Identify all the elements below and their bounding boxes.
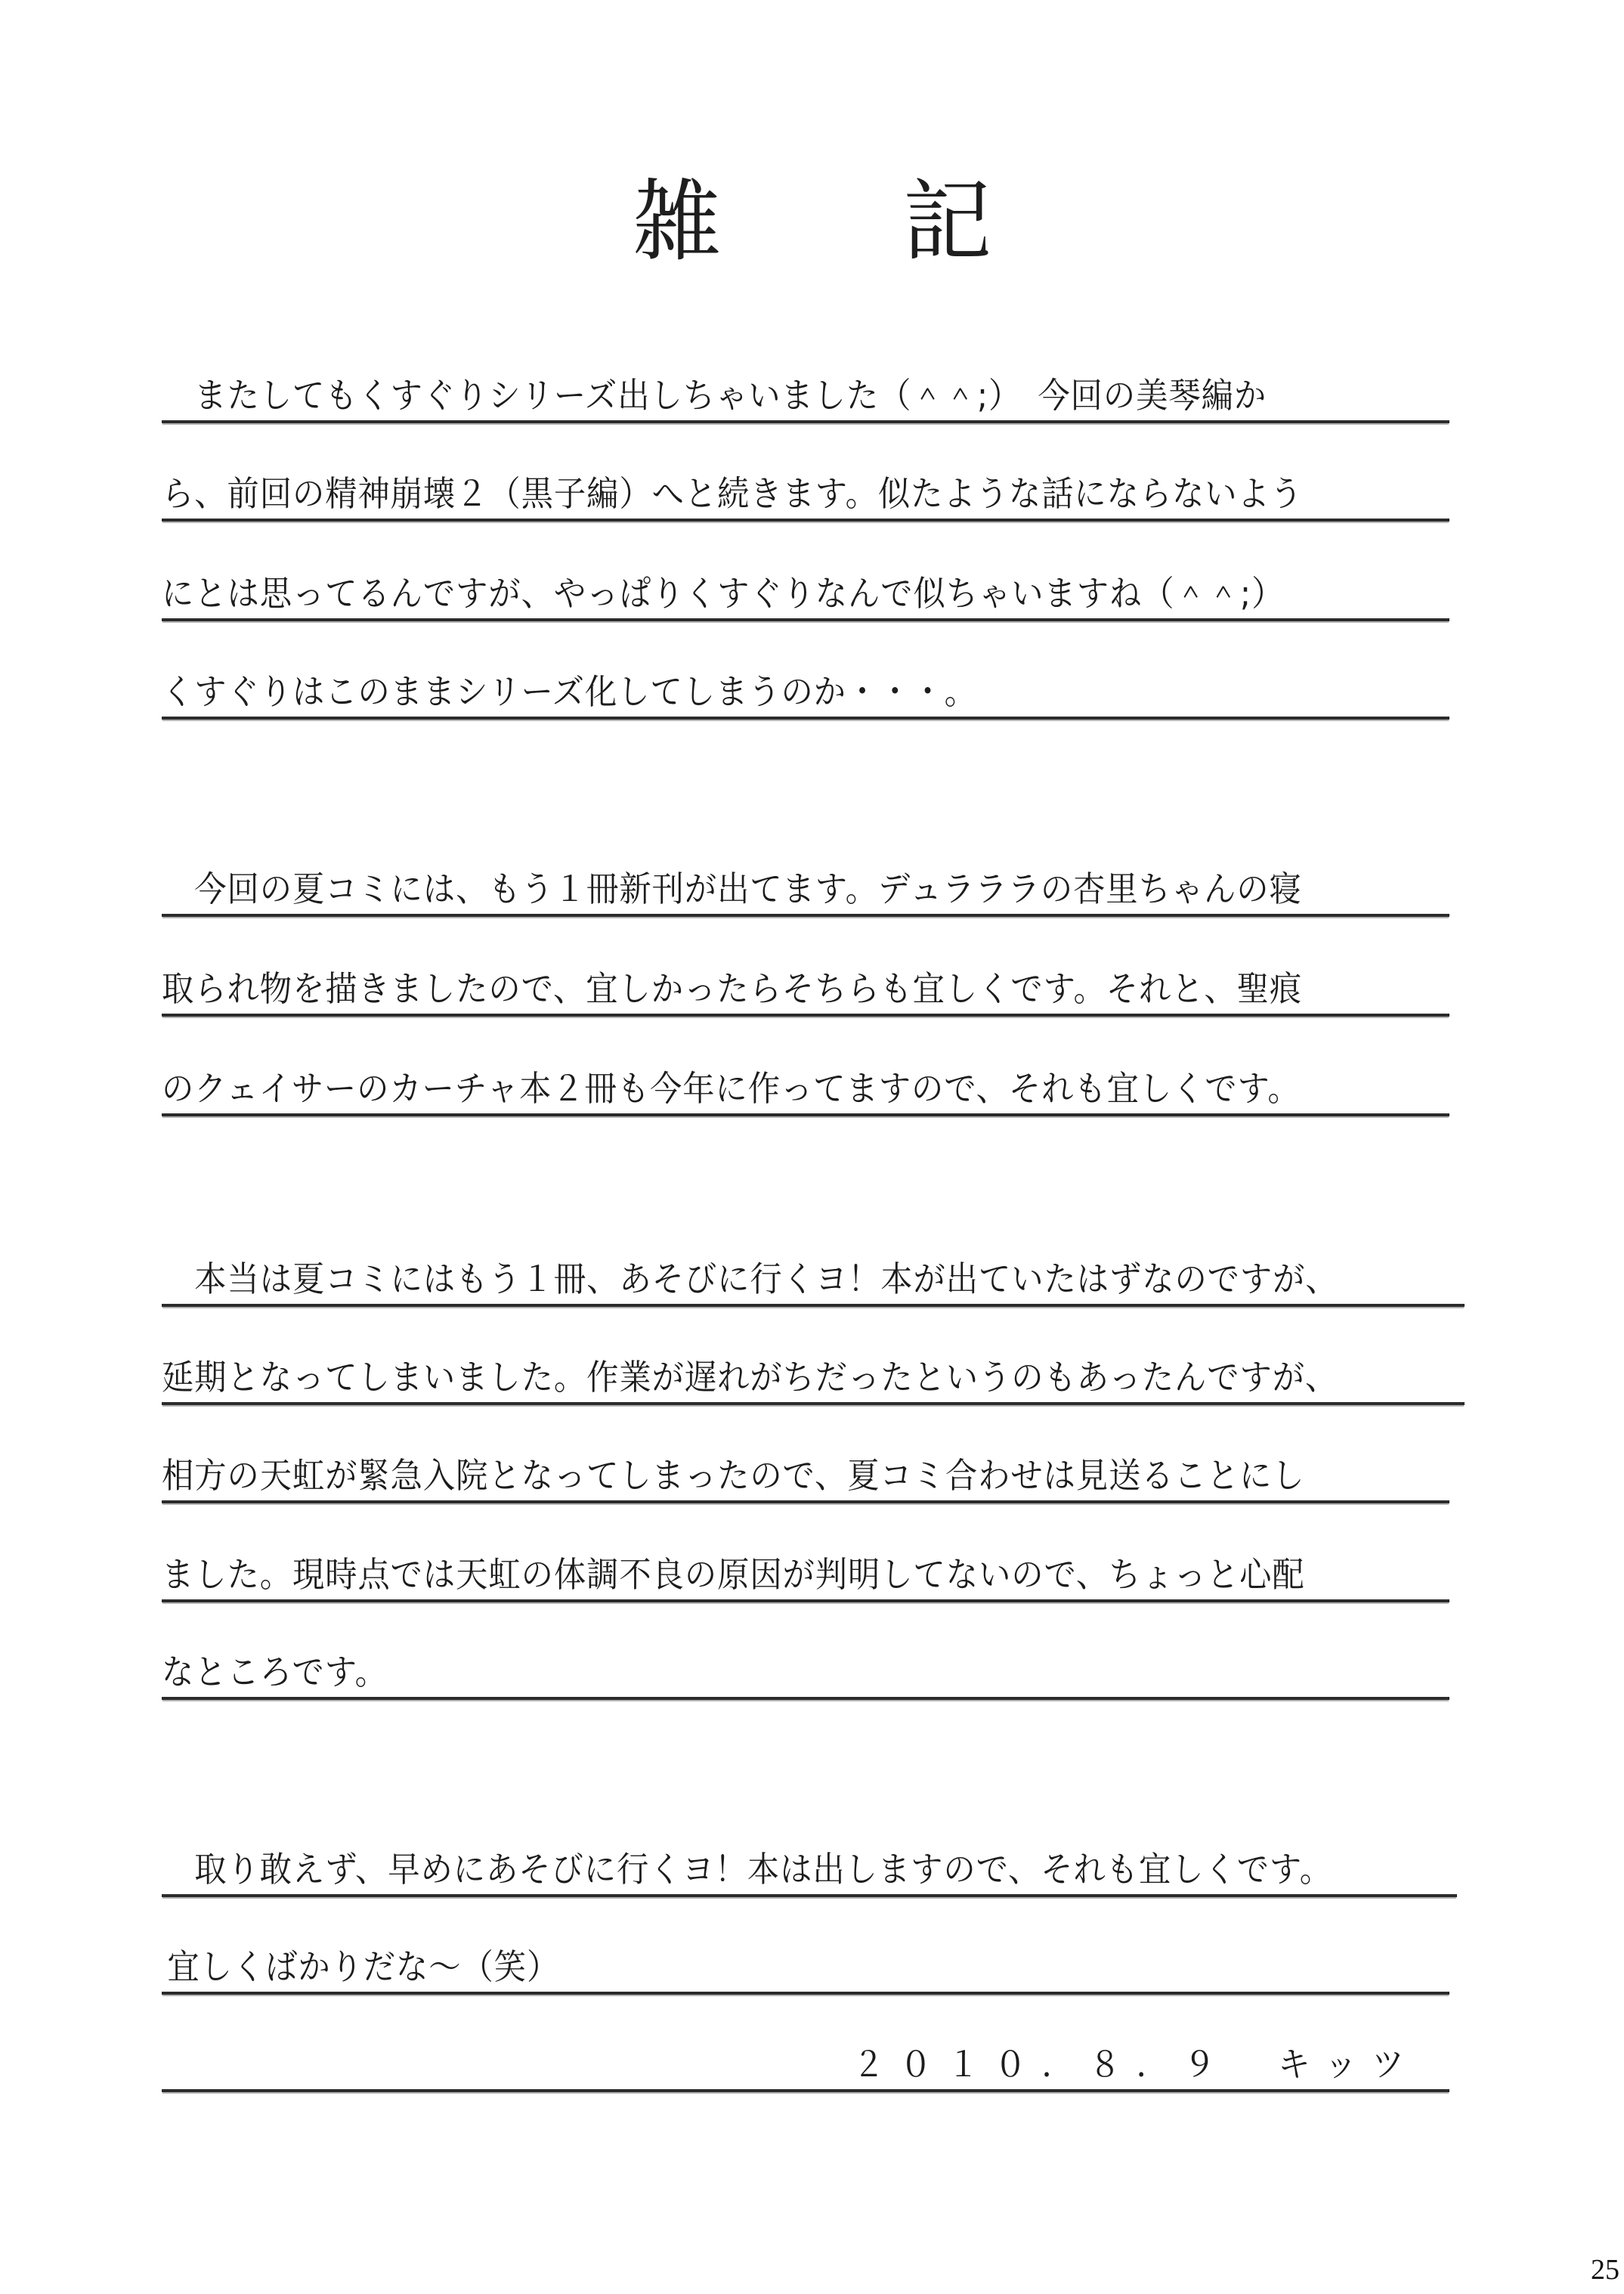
title-char-2: 記 [903, 172, 992, 271]
signature-date: ２０１０．８．９ [852, 2044, 1230, 2085]
page-number: 25 [1591, 2253, 1619, 2286]
text-line: 取り敢えず、早めにあそびに行くヨ！本は出しますので、それも宜しくです。 [162, 1847, 1457, 1897]
signature: ２０１０．８．９ キッツ [852, 2042, 1419, 2086]
text-line: またしてもくすぐりシリーズ出しちゃいました（＾＾;） 今回の美琴編か [162, 373, 1449, 423]
text-line: 今回の夏コミには、もう１冊新刊が出てます。デュラララの杏里ちゃんの寝 [162, 867, 1449, 917]
text-line: 取られ物を描きましたので、宜しかったらそちらも宜しくです。それと、聖痕 [162, 967, 1449, 1017]
text-line: くすぐりはこのままシリーズ化してしまうのか・・・。 [162, 670, 1449, 720]
signature-line: ２０１０．８．９ キッツ [162, 2042, 1449, 2092]
text-line: ました。現時点では天虹の体調不良の原因が判明してないので、ちょっと心配 [162, 1553, 1449, 1602]
text-line: ら、前回の精神崩壊２（黒子編）へと続きます。似たような話にならないよう [162, 472, 1449, 522]
text-line: 本当は夏コミにはもう１冊、あそびに行くヨ！本が出ていたはずなのですが、 [162, 1257, 1465, 1307]
text-line: にとは思ってるんですが、やっぱりくすぐりなんで似ちゃいますね（＾＾;） [162, 571, 1449, 621]
text-line: なところです。 [162, 1650, 1449, 1700]
text-line: 相方の天虹が緊急入院となってしまったので、夏コミ合わせは見送ることにし [162, 1453, 1449, 1503]
title-char-1: 雑 [632, 172, 721, 271]
text-line: 延期となってしまいました。作業が遅れがちだったというのもあったんですが、 [162, 1355, 1465, 1405]
page-title: 雑記 [0, 172, 1624, 271]
text-line: 宜しくばかりだな～（笑） [162, 1945, 1449, 1995]
signature-author: キッツ [1278, 2044, 1419, 2085]
text-line: のクェイサーのカーチャ本２冊も今年に作ってますので、それも宜しくです。 [162, 1067, 1449, 1116]
